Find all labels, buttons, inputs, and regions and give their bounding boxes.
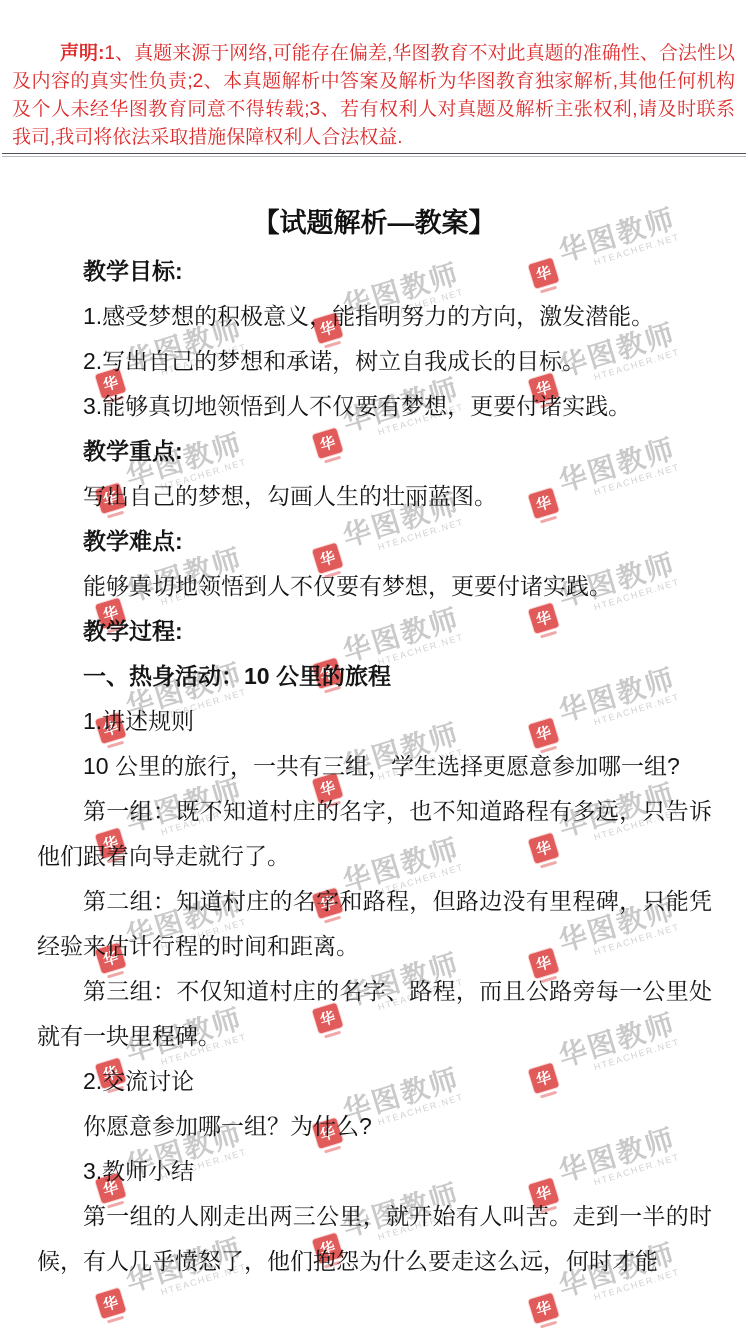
huatu-logo-subtext-bar	[540, 1321, 557, 1329]
paragraph: 教学过程:	[37, 609, 712, 654]
paragraph: 10 公里的旅行，一共有三组，学生选择更愿意参加哪一组?	[37, 744, 712, 789]
horizontal-divider	[2, 153, 746, 157]
disclaimer-text: 声明:1、真题来源于网络,可能存在偏差,华图教育不对此真题的准确性、合法性以及内…	[12, 40, 735, 152]
document-page: 声明:1、真题来源于网络,可能存在偏差,华图教育不对此真题的准确性、合法性以及内…	[0, 40, 748, 1284]
paragraph: 第一组：既不知道村庄的名字，也不知道路程有多远，只告诉他们跟着向导走就行了。	[37, 789, 712, 879]
huatu-logo-icon: 华	[95, 1288, 126, 1319]
paragraph: 3.能够真切地领悟到人不仅要有梦想，更要付诸实践。	[37, 384, 712, 429]
paragraph: 第一组的人刚走出两三公里，就开始有人叫苦。走到一半的时候，有人几乎愤怒了，他们抱…	[37, 1194, 712, 1284]
huatu-logo-glyph: 华	[528, 1293, 559, 1324]
huatu-logo-icon: 华	[528, 1293, 559, 1324]
paragraph: 1.感受梦想的积极意义，能指明努力的方向，激发潜能。	[37, 294, 712, 339]
disclaimer-label: 声明:	[60, 43, 104, 64]
paragraph: 2.交流讨论	[37, 1059, 712, 1104]
huatu-logo-glyph: 华	[95, 1288, 126, 1319]
page-title: 【试题解析—教案】	[0, 205, 748, 241]
paragraph: 第三组：不仅知道村庄的名字、路程，而且公路旁每一公里处就有一块里程碑。	[37, 969, 712, 1059]
disclaimer-body: 1、真题来源于网络,可能存在偏差,华图教育不对此真题的准确性、合法性以及内容的真…	[12, 43, 735, 148]
paragraph: 能够真切地领悟到人不仅要有梦想，更要付诸实践。	[37, 564, 712, 609]
paragraph: 教学目标:	[37, 249, 712, 294]
paragraph: 3.教师小结	[37, 1149, 712, 1194]
paragraph: 教学重点:	[37, 429, 712, 474]
paragraph: 写出自己的梦想，勾画人生的壮丽蓝图。	[37, 474, 712, 519]
paragraph: 一、热身活动：10 公里的旅程	[37, 654, 712, 699]
paragraph: 1.讲述规则	[37, 699, 712, 744]
paragraph: 2.写出自己的梦想和承诺，树立自我成长的目标。	[37, 339, 712, 384]
paragraph: 第二组：知道村庄的名字和路程，但路边没有里程碑，只能凭经验来估计行程的时间和距离…	[37, 879, 712, 969]
huatu-logo-subtext-bar	[107, 1316, 124, 1324]
paragraph: 你愿意参加哪一组？为什么?	[37, 1104, 712, 1149]
lesson-plan-body: 教学目标:1.感受梦想的积极意义，能指明努力的方向，激发潜能。2.写出自己的梦想…	[37, 249, 712, 1284]
paragraph: 教学难点:	[37, 519, 712, 564]
